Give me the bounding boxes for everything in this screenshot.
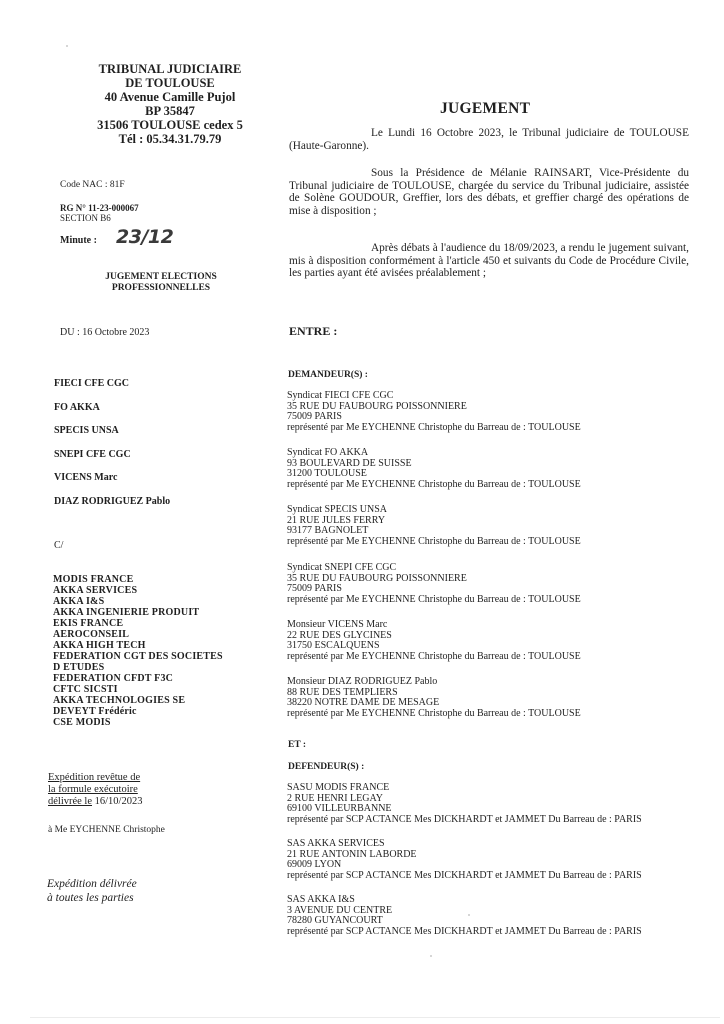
party-rep: représenté par Me EYCHENNE Christophe du…	[287, 595, 581, 606]
expedition-date: 16/10/2023	[92, 796, 142, 807]
defendant-short-item: D ETUDES	[53, 662, 223, 673]
party-rep: représenté par Me EYCHENNE Christophe du…	[287, 423, 581, 434]
party-rep: représenté par Me EYCHENNE Christophe du…	[287, 537, 581, 548]
minute-value-handwritten: 23/12	[116, 226, 173, 248]
defendant-short-item: CFTC SICSTI	[53, 684, 223, 695]
expedition-all-parties: Expédition délivrée à toutes les parties	[47, 878, 137, 905]
paragraph-debates: Après débats à l'audience du 18/09/2023,…	[289, 242, 689, 280]
plaintiffs-short-list: FIECI CFE CGCFO AKKASPECIS UNSASNEPI CFE…	[54, 378, 170, 519]
party-block: Syndicat SNEPI CFE CGC35 RUE DU FAUBOURG…	[287, 563, 581, 605]
party-rep: représenté par Me EYCHENNE Christophe du…	[287, 480, 581, 491]
party-name: Monsieur DIAZ RODRIGUEZ Pablo	[287, 677, 581, 688]
party-city: 75009 PARIS	[287, 584, 581, 595]
rg-number: RG N° 11-23-000067	[60, 203, 139, 213]
party-name: SASU MODIS FRANCE	[287, 783, 642, 794]
scan-speck	[430, 955, 432, 957]
paragraph-debates-text: Après débats à l'audience du 18/09/2023,…	[289, 242, 689, 279]
plaintiff-short-item: SPECIS UNSA	[54, 425, 170, 449]
judgment-type-line2: PROFESSIONNELLES	[66, 283, 256, 294]
judgment-type-line1: JUGEMENT ELECTIONS	[66, 272, 256, 283]
party-rep: représenté par SCP ACTANCE Mes DICKHARDT…	[287, 871, 642, 882]
defendeurs-heading: DEFENDEUR(S) :	[288, 762, 364, 772]
court-city: 31506 TOULOUSE cedex 5	[60, 118, 280, 132]
party-city: 93177 BAGNOLET	[287, 526, 581, 537]
plaintiff-short-item: FIECI CFE CGC	[54, 378, 170, 402]
court-phone: Tél : 05.34.31.79.79	[60, 132, 280, 146]
paragraph-presidency-text: Sous la Présidence de Mélanie RAINSART, …	[289, 167, 689, 217]
plaintiff-short-item: DIAZ RODRIGUEZ Pablo	[54, 496, 170, 520]
party-block: Syndicat FIECI CFE CGC35 RUE DU FAUBOURG…	[287, 391, 581, 433]
court-header: TRIBUNAL JUDICIAIRE DE TOULOUSE 40 Avenu…	[60, 62, 280, 146]
party-city: 31200 TOULOUSE	[287, 469, 581, 480]
defendant-short-item: AKKA SERVICES	[53, 585, 223, 596]
party-city: 78280 GUYANCOURT	[287, 916, 642, 927]
party-block: Monsieur VICENS Marc22 RUE DES GLYCINES3…	[287, 620, 581, 662]
plaintiff-short-item: VICENS Marc	[54, 472, 170, 496]
party-block: Syndicat FO AKKA93 BOULEVARD DE SUISSE31…	[287, 448, 581, 490]
party-block: SAS AKKA I&S3 AVENUE DU CENTRE78280 GUYA…	[287, 895, 642, 937]
defendant-short-item: DEVEYT Frédéric	[53, 706, 223, 717]
defendant-short-item: CSE MODIS	[53, 717, 223, 728]
party-city: 75009 PARIS	[287, 412, 581, 423]
versus-label: C/	[54, 540, 63, 551]
section: SECTION B6	[60, 213, 139, 223]
party-block: SASU MODIS FRANCE2 RUE HENRI LEGAY69100 …	[287, 783, 642, 825]
court-bp: BP 35847	[60, 104, 280, 118]
expedition-line2: la formule exécutoire	[48, 784, 138, 795]
party-city: 69009 LYON	[287, 860, 642, 871]
party-name: Syndicat FO AKKA	[287, 448, 581, 459]
minute-label: Minute :	[60, 235, 97, 246]
judgment-type: JUGEMENT ELECTIONS PROFESSIONNELLES	[66, 272, 256, 294]
party-block: SAS AKKA SERVICES21 RUE ANTONIN LABORDE6…	[287, 839, 642, 881]
document-title: JUGEMENT	[440, 100, 530, 118]
rg-block: RG N° 11-23-000067 SECTION B6	[60, 203, 139, 223]
expedition-recipient: à Me EYCHENNE Christophe	[48, 825, 165, 835]
court-name-line1: TRIBUNAL JUDICIAIRE	[60, 62, 280, 76]
defendant-short-item: FEDERATION CFDT F3C	[53, 673, 223, 684]
defendant-short-item: AKKA TECHNOLOGIES SE	[53, 695, 223, 706]
party-rep: représenté par SCP ACTANCE Mes DICKHARDT…	[287, 927, 642, 938]
expedition-line3: délivrée le	[48, 796, 92, 807]
expedition-line1: Expédition revêtue de	[48, 772, 140, 783]
expedition-all-line1: Expédition délivrée	[47, 878, 137, 892]
expedition-all-line2: à toutes les parties	[47, 892, 137, 906]
expedition-note: Expédition revêtue de la formule exécuto…	[48, 772, 142, 808]
defendant-short-item: EKIS FRANCE	[53, 618, 223, 629]
party-block: Monsieur DIAZ RODRIGUEZ Pablo88 RUE DES …	[287, 677, 581, 719]
party-rep: représenté par Me EYCHENNE Christophe du…	[287, 709, 581, 720]
party-city: 69100 VILLEURBANNE	[287, 804, 642, 815]
scan-speck	[468, 914, 470, 916]
defendant-short-item: AKKA I&S	[53, 596, 223, 607]
defendants-short-list: MODIS FRANCEAKKA SERVICESAKKA I&SAKKA IN…	[53, 574, 223, 728]
party-name: Syndicat SNEPI CFE CGC	[287, 563, 581, 574]
party-rep: représenté par Me EYCHENNE Christophe du…	[287, 652, 581, 663]
party-name: SAS AKKA SERVICES	[287, 839, 642, 850]
defendant-short-item: MODIS FRANCE	[53, 574, 223, 585]
party-name: Syndicat SPECIS UNSA	[287, 505, 581, 516]
party-block: Syndicat SPECIS UNSA21 RUE JULES FERRY93…	[287, 505, 581, 547]
judgment-date: DU : 16 Octobre 2023	[60, 327, 149, 338]
court-name-line2: DE TOULOUSE	[60, 76, 280, 90]
party-city: 38220 NOTRE DAME DE MESAGE	[287, 698, 581, 709]
party-name: Syndicat FIECI CFE CGC	[287, 391, 581, 402]
plaintiff-short-item: FO AKKA	[54, 402, 170, 426]
scan-speck	[66, 45, 68, 47]
entre-heading: ENTRE :	[289, 324, 337, 339]
party-city: 31750 ESCALQUENS	[287, 641, 581, 652]
code-nac: Code NAC : 81F	[60, 180, 125, 190]
plaintiff-short-item: SNEPI CFE CGC	[54, 449, 170, 473]
defendant-short-item: AKKA HIGH TECH	[53, 640, 223, 651]
defendant-short-item: AKKA INGENIERIE PRODUIT	[53, 607, 223, 618]
court-address: 40 Avenue Camille Pujol	[60, 90, 280, 104]
party-name: Monsieur VICENS Marc	[287, 620, 581, 631]
et-heading: ET :	[288, 740, 306, 750]
page-bottom-edge	[30, 1017, 720, 1018]
defendant-short-item: AEROCONSEIL	[53, 629, 223, 640]
defendant-short-item: FEDERATION CGT DES SOCIETES	[53, 651, 223, 662]
paragraph-date: Le Lundi 16 Octobre 2023, le Tribunal ju…	[289, 127, 689, 152]
demandeurs-heading: DEMANDEUR(S) :	[288, 370, 368, 380]
paragraph-date-text: Le Lundi 16 Octobre 2023, le Tribunal ju…	[289, 127, 689, 152]
party-rep: représenté par SCP ACTANCE Mes DICKHARDT…	[287, 815, 642, 826]
party-name: SAS AKKA I&S	[287, 895, 642, 906]
paragraph-presidency: Sous la Présidence de Mélanie RAINSART, …	[289, 167, 689, 217]
